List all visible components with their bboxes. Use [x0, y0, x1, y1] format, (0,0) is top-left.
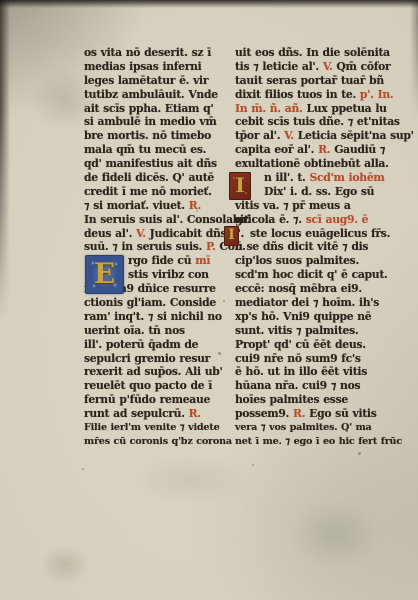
body-text: os vita nō deserit. sz ī: [84, 46, 211, 59]
body-text: cebit scīs tuis dñe. ⁊ et'nitas: [235, 115, 400, 128]
text-line: In seruis suis al'. Consolabiť: [84, 213, 234, 227]
body-text: credit ī me nō morieť.: [84, 185, 212, 198]
text-line: leges lamētatur ē. vir: [84, 74, 234, 88]
body-text: qd' manifestius ait dñs: [84, 157, 217, 170]
rubric-text: R.: [293, 407, 309, 420]
body-text: stis viribz con: [128, 268, 209, 281]
foxing-speck: [358, 452, 361, 455]
text-line: possem9. R. Ego sū vitis: [235, 407, 391, 421]
text-line: cebit scīs tuis dñe. ⁊ et'nitas: [235, 115, 391, 129]
text-line: mala qm̄ tu mecū es.: [84, 143, 234, 157]
body-text: tutibz ambulāuit. Vnde: [84, 88, 218, 101]
text-line: Dix' i. d. ss. Ego sū: [235, 185, 391, 199]
body-text: Gaudiū ⁊: [334, 143, 385, 156]
text-line: capita eor̄ al'. R. Gaudiū ⁊: [235, 143, 391, 157]
body-text: si ambulē in medio vm̄: [84, 115, 217, 128]
body-text: dixit filios tuos in te.: [235, 88, 360, 101]
body-text: Dix' i. d. ss. Ego sū: [264, 185, 374, 198]
text-line: hoīes palmites esse: [235, 393, 391, 407]
body-text: reuelēt quo pacto de ī: [84, 379, 212, 392]
body-text: cui9 nr̄e nō sum9 fc's: [235, 352, 361, 365]
foxing-speck: [252, 464, 254, 466]
text-line: ram' inq't. ⁊ si nichil no: [84, 310, 234, 324]
body-text: hūana nr̄a. cui9 ⁊ nos: [235, 379, 360, 392]
rubric-text: V.: [323, 60, 337, 73]
text-line: vera ⁊ vos palmites. Q' ma: [235, 421, 391, 435]
body-text: ill'. poterū q̄adm de: [84, 338, 198, 351]
text-line: mediator dei ⁊ hoīm. ih's: [235, 296, 391, 310]
body-text: ē hō. ut in illo ēēt vitis: [235, 365, 367, 378]
text-line: rexerit ad sup̄os. Ali ub': [84, 365, 234, 379]
parchment-stain: [40, 545, 90, 585]
text-line: fernū p'fūdo remeaue: [84, 393, 234, 407]
body-text: Filie ierl'm venite ⁊ videte: [84, 422, 219, 433]
body-text: medias ipsas inferni: [84, 60, 201, 73]
body-text: Qm̄ cōfor: [336, 60, 390, 73]
body-text: runt ad sepulcrū.: [84, 407, 189, 420]
rubric-text: V.: [136, 227, 150, 240]
parchment-stain: [290, 500, 380, 570]
text-line: tauit seras portar̄ tuar̄ bñ: [235, 74, 391, 88]
left-text-column: os vita nō deserit. sz īmedias ipsas inf…: [84, 46, 234, 449]
text-line: In m̄. ñ. añ. Lux ppetua lu: [235, 102, 391, 116]
rubric-text: scī aug9. ē: [306, 213, 369, 226]
text-line: tutibz ambulāuit. Vnde: [84, 88, 234, 102]
rubric-text: V.: [284, 129, 298, 142]
text-line: de fideli dicēs. Q' autē: [84, 171, 234, 185]
text-line: exultationē obtinebūt alla.: [235, 157, 391, 171]
text-line: uerint oīa. tn̄ nos: [84, 324, 234, 338]
body-text: rgo fide cū: [128, 254, 195, 267]
text-line: xp's hō. Vni9 quippe nē: [235, 310, 391, 324]
body-text: ste locus euāgelicus fr̄s.: [250, 227, 390, 240]
body-text: In seruis suis al'. Consolabiť: [84, 213, 249, 226]
text-line: deus al'. V. Judicabit dñs p'.: [84, 227, 234, 241]
body-text: xp's hō. Vni9 quippe nē: [235, 310, 371, 323]
rubric-text: P.: [206, 240, 219, 253]
text-line: sunt. vitis ⁊ palmites.: [235, 324, 391, 338]
body-text: exultationē obtinebūt alla.: [235, 157, 389, 170]
body-text: hoīes palmites esse: [235, 393, 348, 406]
body-text: deus al'.: [84, 227, 136, 240]
text-line: credit ī me nō morieť.: [84, 185, 234, 199]
text-line: ait scīs ppha. Etiam q': [84, 102, 234, 116]
text-line: si ambulē in medio vm̄: [84, 115, 234, 129]
text-line: mr̄es cū coronis q'bz corona: [84, 435, 234, 449]
body-text: ū se dñs dicit vitē ⁊ dis: [235, 240, 368, 253]
rubric-text: R.: [189, 199, 201, 212]
body-text: vera ⁊ vos palmites. Q' ma: [235, 422, 372, 433]
body-text: gricola ē. ⁊.: [235, 213, 306, 226]
text-line: net ī me. ⁊ ego ī eo hic fert frūc: [235, 435, 391, 449]
body-text: Ego sū vitis: [309, 407, 376, 420]
illuminated-initial-i-large: I: [229, 172, 251, 200]
text-line: suū. ⁊ in seruis suis. P. Con.: [84, 240, 234, 254]
illuminated-initial-i-small: I: [224, 226, 239, 246]
body-text: ait scīs ppha. Etiam q': [84, 102, 213, 115]
body-text: capita eor̄ al'.: [235, 143, 318, 156]
illuminated-initial-e: E: [85, 255, 124, 294]
body-text: vitis va. ⁊ pr̄ meus a: [235, 199, 351, 212]
body-text: tis ⁊ leticie al'.: [235, 60, 323, 73]
rubric-text: In m̄. ñ. añ.: [235, 102, 306, 115]
text-line: cui9 nr̄e nō sum9 fc's: [235, 352, 391, 366]
rubric-text: R.: [318, 143, 334, 156]
body-text: uit eos dñs. In die solēnita: [235, 46, 390, 59]
text-line: hūana nr̄a. cui9 ⁊ nos: [235, 379, 391, 393]
text-line: qd' manifestius ait dñs: [84, 157, 234, 171]
body-text: n ill'. t.: [264, 171, 309, 184]
text-line: scd'm hoc dicit q' ē caput.: [235, 268, 391, 282]
rubric-text: mī: [195, 254, 210, 267]
body-text: cip'los suos palmites.: [235, 254, 359, 267]
body-text: tauit seras portar̄ tuar̄ bñ: [235, 74, 384, 87]
text-line: ste locus euāgelicus fr̄s.: [235, 227, 391, 241]
body-text: eccē: nosq̄ mēbra ei9.: [235, 282, 362, 295]
text-line: eccē: nosq̄ mēbra ei9.: [235, 282, 391, 296]
text-line: ē hō. ut in illo ēēt vitis: [235, 365, 391, 379]
body-text: rexerit ad sup̄os. Ali ub': [84, 365, 223, 378]
text-line: reuelēt quo pacto de ī: [84, 379, 234, 393]
text-line: ⁊ si moriať. viuet. R.: [84, 199, 234, 213]
foxing-speck: [82, 468, 84, 470]
body-text: bre mortis. nō timebo: [84, 129, 211, 142]
text-line: ū se dñs dicit vitē ⁊ dis: [235, 240, 391, 254]
text-line: tp̄or al'. V. Leticia sēpit'na sup': [235, 129, 391, 143]
photo-edge-shadow-top: [0, 0, 418, 8]
rubric-text: p'. In.: [360, 88, 393, 101]
body-text: suū. ⁊ in seruis suis.: [84, 240, 206, 253]
body-text: net ī me. ⁊ ego ī eo hic fert frūc: [235, 436, 402, 447]
text-line: sepulcri gremio resur: [84, 352, 234, 366]
body-text: leges lamētatur ē. vir: [84, 74, 208, 87]
body-text: possem9.: [235, 407, 293, 420]
body-text: sunt. vitis ⁊ palmites.: [235, 324, 358, 337]
body-text: mr̄es cū coronis q'bz corona: [84, 436, 232, 447]
text-line: uit eos dñs. In die solēnita: [235, 46, 391, 60]
body-text: tp̄or al'.: [235, 129, 284, 142]
text-line: Filie ierl'm venite ⁊ videte: [84, 421, 234, 435]
body-text: scd'm hoc dicit q' ē caput.: [235, 268, 388, 281]
body-text: ⁊ si moriať. viuet.: [84, 199, 189, 212]
parchment-stain: [130, 455, 250, 505]
text-line: bre mortis. nō timebo: [84, 129, 234, 143]
text-line: medias ipsas inferni: [84, 60, 234, 74]
text-line: Propt' qd' cū ēēt deus.: [235, 338, 391, 352]
photo-edge-shadow-left: [0, 0, 10, 320]
body-text: ram' inq't. ⁊ si nichil no: [84, 310, 222, 323]
text-line: tis ⁊ leticie al'. V. Qm̄ cōfor: [235, 60, 391, 74]
body-text: de fideli dicēs. Q' autē: [84, 171, 214, 184]
right-text-column: uit eos dñs. In die solēnitatis ⁊ letici…: [235, 46, 391, 449]
body-text: Leticia sēpit'na sup': [298, 129, 414, 142]
text-line: dixit filios tuos in te. p'. In.: [235, 88, 391, 102]
text-line: gricola ē. ⁊. scī aug9. ē: [235, 213, 391, 227]
manuscript-page: os vita nō deserit. sz īmedias ipsas inf…: [0, 0, 418, 600]
body-text: sepulcri gremio resur: [84, 352, 210, 365]
body-text: Propt' qd' cū ēēt deus.: [235, 338, 366, 351]
body-text: mala qm̄ tu mecū es.: [84, 143, 206, 156]
body-text: fernū p'fūdo remeaue: [84, 393, 210, 406]
body-text: uerint oīa. tn̄ nos: [84, 324, 185, 337]
text-line: ctionis gl'iam. Conside: [84, 296, 234, 310]
body-text: mediator dei ⁊ hoīm. ih's: [235, 296, 379, 309]
photo-edge-shadow-right: [410, 0, 418, 120]
text-line: runt ad sepulcrū. R.: [84, 407, 234, 421]
text-line: os vita nō deserit. sz ī: [84, 46, 234, 60]
text-line: ill'. poterū q̄adm de: [84, 338, 234, 352]
body-text: Lux ppetua lu: [306, 102, 386, 115]
text-line: cip'los suos palmites.: [235, 254, 391, 268]
text-line: vitis va. ⁊ pr̄ meus a: [235, 199, 391, 213]
text-line: n ill'. t. Scd'm iohēm: [235, 171, 391, 185]
body-text: ctionis gl'iam. Conside: [84, 296, 216, 309]
rubric-text: R.: [189, 407, 201, 420]
rubric-text: Scd'm iohēm: [309, 171, 384, 184]
